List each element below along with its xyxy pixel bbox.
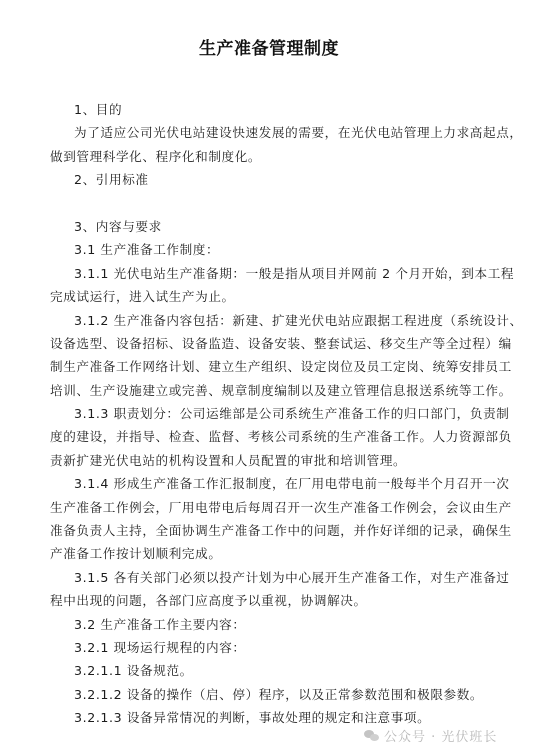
wechat-icon <box>364 729 380 743</box>
document-body: 1、目的 为了适应公司光伏电站建设快速发展的需要，在光伏电站管理上力求高起点， … <box>50 98 460 730</box>
blank-line <box>50 192 460 215</box>
heading-3-1: 3.1 生产准备工作制度： <box>50 238 460 261</box>
paragraph-line: 3.1.3 职责划分：公司运维部是公司系统生产准备工作的归口部门，负责制 <box>50 402 460 425</box>
watermark: 公众号 · 光伏班长 <box>364 726 497 745</box>
heading-content-requirements: 3、内容与要求 <box>50 215 460 238</box>
paragraph-line: 度的建设，并指导、检查、监督、考核公司系统的生产准备工作。人力资源部负 <box>50 425 460 448</box>
paragraph-line: 为了适应公司光伏电站建设快速发展的需要，在光伏电站管理上力求高起点， <box>50 121 460 144</box>
paragraph-line: 3.1.1 光伏电站生产准备期：一般是指从项目并网前 2 个月开始，到本工程 <box>50 262 460 285</box>
paragraph-line: 生产准备工作例会，厂用电带电后每周召开一次生产准备工作例会，会议由生产 <box>50 496 460 519</box>
paragraph-line: 完成试运行，进入试生产为止。 <box>50 285 460 308</box>
paragraph-line: 做到管理科学化、程序化和制度化。 <box>50 145 460 168</box>
paragraph-line: 制生产准备工作网络计划、建立生产组织、设定岗位及员工定岗、统筹安排员工 <box>50 355 460 378</box>
paragraph-line: 3.1.5 各有关部门必须以投产计划为中心展开生产准备工作，对生产准备过 <box>50 566 460 589</box>
heading-purpose: 1、目的 <box>50 98 460 121</box>
paragraph-line: 3.1.2 生产准备内容包括：新建、扩建光伏电站应跟据工程进度（系统设计、 <box>50 309 460 332</box>
paragraph-line: 3.1.4 形成生产准备工作汇报制度，在厂用电带电前一般每半个月召开一次 <box>50 472 460 495</box>
watermark-text: 公众号 · 光伏班长 <box>384 726 497 745</box>
list-item: 3.2.1.1 设备规范。 <box>50 659 460 682</box>
heading-3-2-1: 3.2.1 现场运行规程的内容： <box>50 636 460 659</box>
paragraph-line: 责新扩建光伏电站的机构设置和人员配置的审批和培训管理。 <box>50 449 460 472</box>
heading-3-2: 3.2 生产准备工作主要内容： <box>50 613 460 636</box>
paragraph-line: 产准备工作按计划顺利完成。 <box>50 542 460 565</box>
paragraph-line: 设备选型、设备招标、设备监造、设备安装、整套试运、移交生产等全过程）编 <box>50 332 460 355</box>
paragraph-line: 准备负责人主持，全面协调生产准备工作中的问题，并作好详细的记录，确保生 <box>50 519 460 542</box>
paragraph-line: 程中出现的问题，各部门应高度予以重视，协调解决。 <box>50 589 460 612</box>
heading-references: 2、引用标准 <box>50 168 460 191</box>
list-item: 3.2.1.2 设备的操作（启、停）程序，以及正常参数范围和极限参数。 <box>50 683 460 706</box>
document-title: 生产准备管理制度 <box>0 34 538 59</box>
paragraph-line: 培训、生产设施建立或完善、规章制度编制以及建立管理信息报送系统等工作。 <box>50 379 460 402</box>
